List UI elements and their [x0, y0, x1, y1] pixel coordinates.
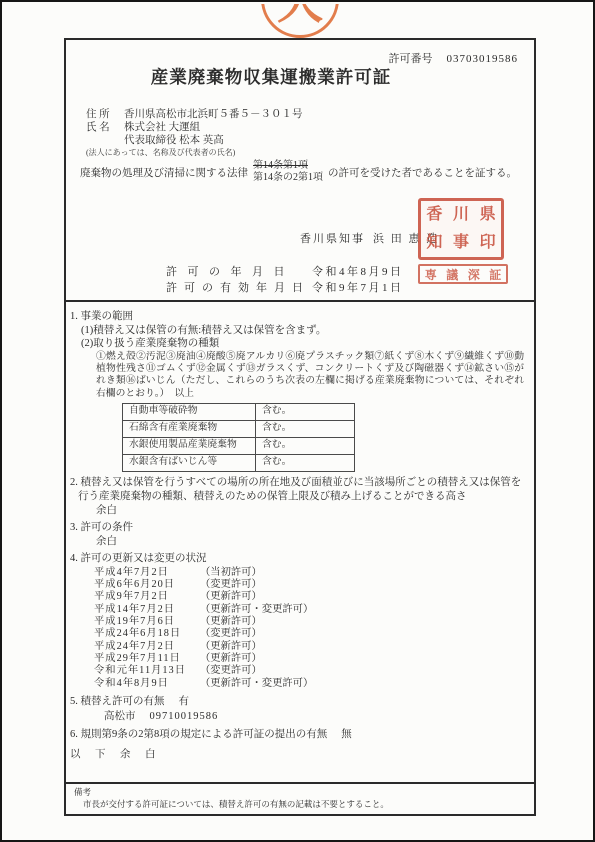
section5-value: 有 [179, 696, 190, 707]
list-item: 令和4年8月9日（更新許可・変更許可） [94, 678, 526, 690]
name-value: 株式会社 大運組 [124, 122, 200, 133]
list-item: 平成9年7月2日（更新許可） [94, 591, 526, 603]
list-item: 平成19年7月6日（更新許可） [94, 616, 526, 628]
section1-item1: (1)積替え又は保管の有無:積替え又は保管を含まず。 [70, 324, 526, 338]
history-list: 平成4年7月2日（当初許可） 平成6年6月20日（変更許可） 平成9年7月2日（… [70, 567, 526, 690]
section4-title: 4. 許可の更新又は変更の状況 [70, 552, 526, 566]
law-suffix: の許可を受けた者であることを証する。 [328, 165, 517, 180]
history-date: 令和元年11月13日 [94, 665, 200, 677]
main-section: 1. 事業の範囲 (1)積替え又は保管の有無:積替え又は保管を含まず。 (2)取… [66, 300, 534, 782]
list-item: 平成14年7月2日（更新許可・変更許可） [94, 604, 526, 616]
list-item: 平成29年7月11日（更新許可） [94, 653, 526, 665]
history-note: （更新許可） [200, 641, 262, 652]
section6-label: 6. 規則第9条の2第8項の規定による許可証の提出の有無 [70, 729, 327, 740]
law-struck-clause: 第14条第1項 [253, 160, 323, 172]
history-date: 平成24年7月2日 [94, 641, 200, 653]
list-item: 平成24年7月2日（更新許可） [94, 641, 526, 653]
waste-value-cell: 含む。 [256, 420, 355, 437]
company-stamp-icon: 大 [261, 4, 339, 38]
remarks-text: 市長が交付する許可証については、積替え許可の有無の記載は不要とすること。 [74, 798, 526, 810]
holder-note: (法人にあっては、名称及び代表者の氏名) [86, 148, 303, 158]
history-date: 平成29年7月11日 [94, 653, 200, 665]
address-label: 住 所 [86, 108, 124, 121]
history-note: （更新許可・変更許可） [200, 678, 313, 689]
history-note: （変更許可） [200, 628, 262, 639]
history-note: （変更許可） [200, 665, 262, 676]
history-note: （更新許可） [200, 616, 262, 627]
city-name: 高松市 [104, 711, 136, 722]
valid-date-value: 令和9年7月1日 [312, 282, 404, 294]
city-permit-number: 09710019586 [150, 711, 219, 722]
history-date: 令和4年8月9日 [94, 678, 200, 690]
table-row: 石綿含有産業廃棄物 含む。 [123, 420, 355, 437]
section3-value: 余白 [70, 535, 526, 549]
seal-char: 知 [426, 235, 442, 251]
address-value: 香川県高松市北浜町５番５－３０１号 [124, 109, 303, 120]
section1-title: 1. 事業の範囲 [70, 310, 526, 324]
holder-address-row: 住 所香川県高松市北浜町５番５－３０１号 [86, 108, 303, 121]
law-statement: 廃棄物の処理及び清掃に関する法律 第14条第1項 第14条の2第1項 の許可を受… [80, 160, 517, 184]
remarks-label: 備考 [74, 786, 526, 798]
section1-item2: (2)取り扱う産業廃棄物の種類 [70, 337, 526, 351]
representative-row: 代表取締役 松本 英高 [86, 134, 303, 147]
seal-char: 川 [453, 207, 469, 223]
waste-table: 自動車等破砕物 含む。 石綿含有産業廃棄物 含む。 水銀使用製品産業廃棄物 含む… [122, 403, 355, 472]
permit-number-value: 03703019586 [447, 53, 519, 65]
seal-char: 専 [425, 266, 437, 283]
section5-label: 5. 積替え許可の有無 [70, 696, 165, 707]
table-row: 水銀含有ばいじん等 含む。 [123, 454, 355, 471]
valid-date-row: 許可の有効年月日令和9年7月1日 [166, 280, 404, 296]
secondary-seal-stamp: 専 議 深 証 [418, 264, 508, 284]
history-note: （更新許可） [200, 591, 262, 602]
history-note: （変更許可） [200, 579, 262, 590]
seal-char: 証 [489, 266, 501, 283]
history-date: 平成4年7月2日 [94, 567, 200, 579]
history-date: 平成14年7月2日 [94, 604, 200, 616]
header-section: 許可番号03703019586 産業廃棄物収集運搬業許可証 住 所香川県高松市北… [66, 40, 534, 300]
section2-text: 2. 積替え又は保管を行うすべての場所の所在地及び面積並びに当該場所ごとの積替え… [70, 476, 526, 503]
history-date: 平成19年7月6日 [94, 616, 200, 628]
waste-name-cell: 水銀含有ばいじん等 [123, 454, 256, 471]
governor-seal-stamp: 香 川 県 知 事 印 [418, 198, 504, 260]
waste-name-cell: 石綿含有産業廃棄物 [123, 420, 256, 437]
waste-kinds-text: ①燃え殻②汚泥③廃油④廃酸⑤廃アルカリ⑥廃プラスチック類⑦紙くず⑧木くず⑨繊維く… [70, 351, 526, 400]
law-prefix: 廃棄物の処理及び清掃に関する法律 [80, 165, 248, 180]
permit-date-row: 許可の年月日令和4年8月9日 [166, 264, 404, 280]
city-permit-row: 高松市09710019586 [70, 710, 526, 724]
section5-row: 5. 積替え許可の有無有 [70, 695, 526, 709]
governor-title: 香川県知事 [300, 233, 365, 245]
law-clause-stack: 第14条第1項 第14条の2第1項 [253, 160, 323, 184]
history-date: 平成24年6月18日 [94, 628, 200, 640]
closing-text: 以 下 余 白 [70, 748, 526, 762]
waste-value-cell: 含む。 [256, 403, 355, 420]
section6-row: 6. 規則第9条の2第8項の規定による許可証の提出の有無無 [70, 728, 526, 742]
history-note: （更新許可・変更許可） [200, 604, 313, 615]
permit-date-value: 令和4年8月9日 [312, 266, 404, 278]
permit-dates: 許可の年月日令和4年8月9日 許可の有効年月日令和9年7月1日 [166, 264, 404, 296]
history-date: 平成9年7月2日 [94, 591, 200, 603]
list-item: 平成6年6月20日（変更許可） [94, 579, 526, 591]
document-frame: 大 許可番号03703019586 産業廃棄物収集運搬業許可証 住 所香川県高松… [64, 38, 536, 816]
waste-name-cell: 水銀使用製品産業廃棄物 [123, 437, 256, 454]
document-title: 産業廃棄物収集運搬業許可証 [124, 64, 418, 89]
section2-value: 余白 [70, 504, 526, 518]
seal-char: 事 [453, 235, 469, 251]
holder-block: 住 所香川県高松市北浜町５番５－３０１号 氏 名株式会社 大運組 代表取締役 松… [86, 108, 303, 158]
section6-value: 無 [341, 729, 352, 740]
company-round-stamp: 大 [259, 4, 339, 38]
waste-name-cell: 自動車等破砕物 [123, 403, 256, 420]
waste-value-cell: 含む。 [256, 454, 355, 471]
permit-document: 大 許可番号03703019586 産業廃棄物収集運搬業許可証 住 所香川県高松… [0, 0, 595, 842]
list-item: 平成24年6月18日（変更許可） [94, 628, 526, 640]
seal-char: 議 [446, 266, 458, 283]
seal-char: 県 [480, 207, 496, 223]
table-row: 自動車等破砕物 含む。 [123, 403, 355, 420]
list-item: 平成4年7月2日（当初許可） [94, 567, 526, 579]
permit-date-label: 許可の年月日 [166, 264, 312, 280]
remarks-section: 備考 市長が交付する許可証については、積替え許可の有無の記載は不要とすること。 [66, 782, 534, 814]
table-row: 水銀使用製品産業廃棄物 含む。 [123, 437, 355, 454]
waste-value-cell: 含む。 [256, 437, 355, 454]
name-label: 氏 名 [86, 121, 124, 134]
history-note: （更新許可） [200, 653, 262, 664]
list-item: 令和元年11月13日（変更許可） [94, 665, 526, 677]
seal-char: 印 [480, 235, 496, 251]
seal-char: 香 [426, 207, 442, 223]
holder-name-row: 氏 名株式会社 大運組 [86, 121, 303, 134]
history-date: 平成6年6月20日 [94, 579, 200, 591]
seal-char: 深 [468, 266, 480, 283]
law-clause: 第14条の2第1項 [253, 172, 323, 184]
history-note: （当初許可） [200, 567, 262, 578]
section3-title: 3. 許可の条件 [70, 521, 526, 535]
valid-date-label: 許可の有効年月日 [166, 280, 312, 296]
